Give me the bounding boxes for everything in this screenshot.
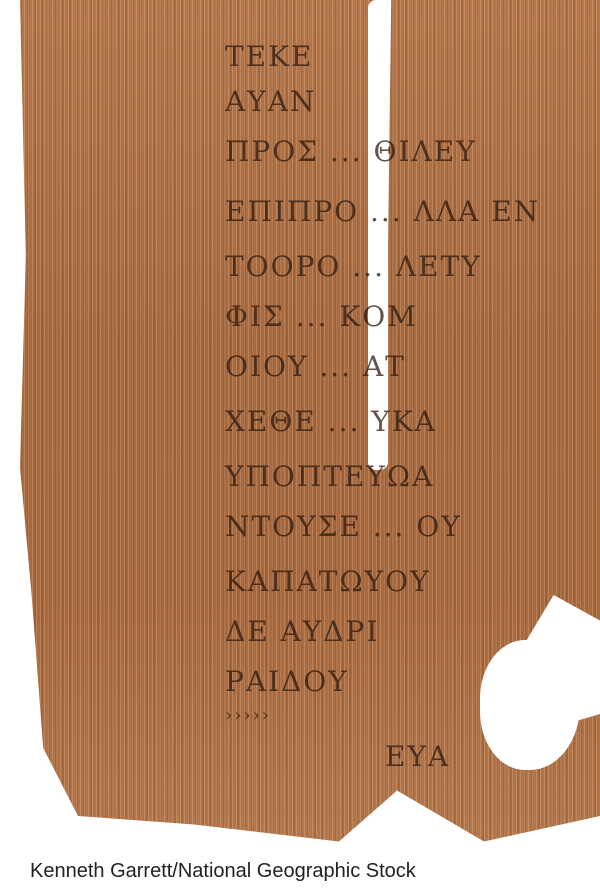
script-line: ΟΙΟΥ ... ΑΤ — [225, 350, 406, 383]
script-line: ΑΥΑΝ — [225, 85, 316, 118]
script-line: ΠΡΟΣ ... ΘΙΛΕΥ — [225, 135, 477, 168]
script-line: ΕΥΑ — [385, 740, 450, 773]
greek-script: ΤΕΚΕ ΑΥΑΝ ΠΡΟΣ ... ΘΙΛΕΥ ΕΠΙΠΡΟ ... ΛΛΑ … — [225, 0, 600, 760]
script-line: ››››› — [225, 705, 271, 726]
script-line: ΚΑΠΑΤΩΥΟΥ — [225, 565, 431, 598]
script-line: ΝΤΟΥΣΕ ... ΟΥ — [225, 510, 462, 543]
papyrus-photo: ΤΕΚΕ ΑΥΑΝ ΠΡΟΣ ... ΘΙΛΕΥ ΕΠΙΠΡΟ ... ΛΛΑ … — [0, 0, 600, 855]
script-line: ΤΟΟΡΟ ... ΛΕΤΥ — [225, 250, 482, 283]
script-line: ΥΠΟΠΤΕΥΩΑ — [225, 460, 434, 493]
script-line: ΔΕ ΑΥΔΡΙ — [225, 615, 379, 648]
script-line: ΤΕΚΕ — [225, 40, 313, 73]
script-line: ΡΑΙΔΟΥ — [225, 665, 349, 698]
script-line: ΕΠΙΠΡΟ ... ΛΛΑ ΕΝ — [225, 195, 540, 228]
script-line: ΦΙΣ ... ΚΟΜ — [225, 300, 418, 333]
photo-credit: Kenneth Garrett/National Geographic Stoc… — [30, 860, 416, 883]
script-line: ΧΕΘΕ ... ΥΚΑ — [225, 405, 437, 438]
